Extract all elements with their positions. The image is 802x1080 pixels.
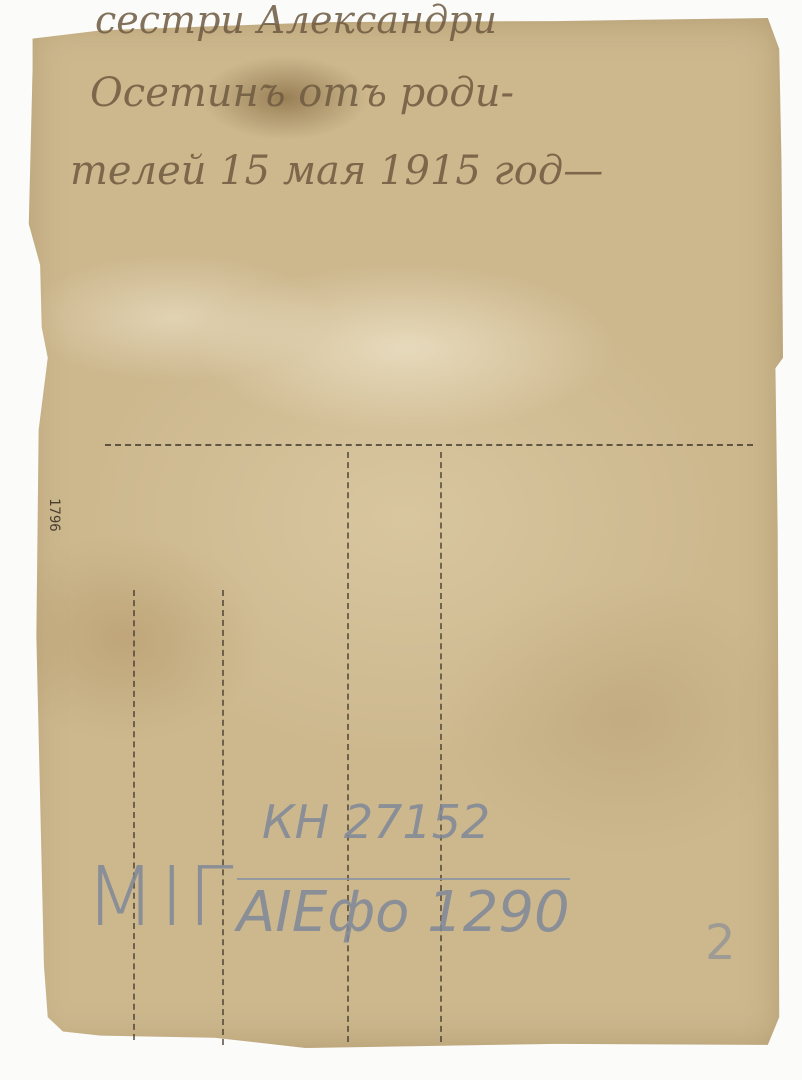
vertical-dotted-divider-3 bbox=[347, 452, 349, 1042]
horizontal-dotted-divider bbox=[105, 444, 753, 446]
pencil-number-bottom: АІЕфо 1290 bbox=[237, 878, 570, 945]
inscription-line-2: Осетинъ отъ роди- bbox=[90, 70, 514, 116]
pencil-number-top: КН 27152 bbox=[262, 795, 490, 849]
vertical-dotted-divider-2 bbox=[222, 590, 224, 1045]
pencil-archive-prefix: МІГ bbox=[85, 850, 238, 945]
inscription-line-1: сестри Александри bbox=[95, 0, 497, 42]
printed-code: 1796 bbox=[46, 498, 62, 532]
inscription-line-3: телей 15 мая 1915 год— bbox=[70, 148, 603, 194]
vertical-dotted-divider-4 bbox=[440, 452, 442, 1042]
vertical-dotted-divider-1 bbox=[133, 590, 135, 1040]
pencil-corner-number: 2 bbox=[705, 915, 736, 971]
